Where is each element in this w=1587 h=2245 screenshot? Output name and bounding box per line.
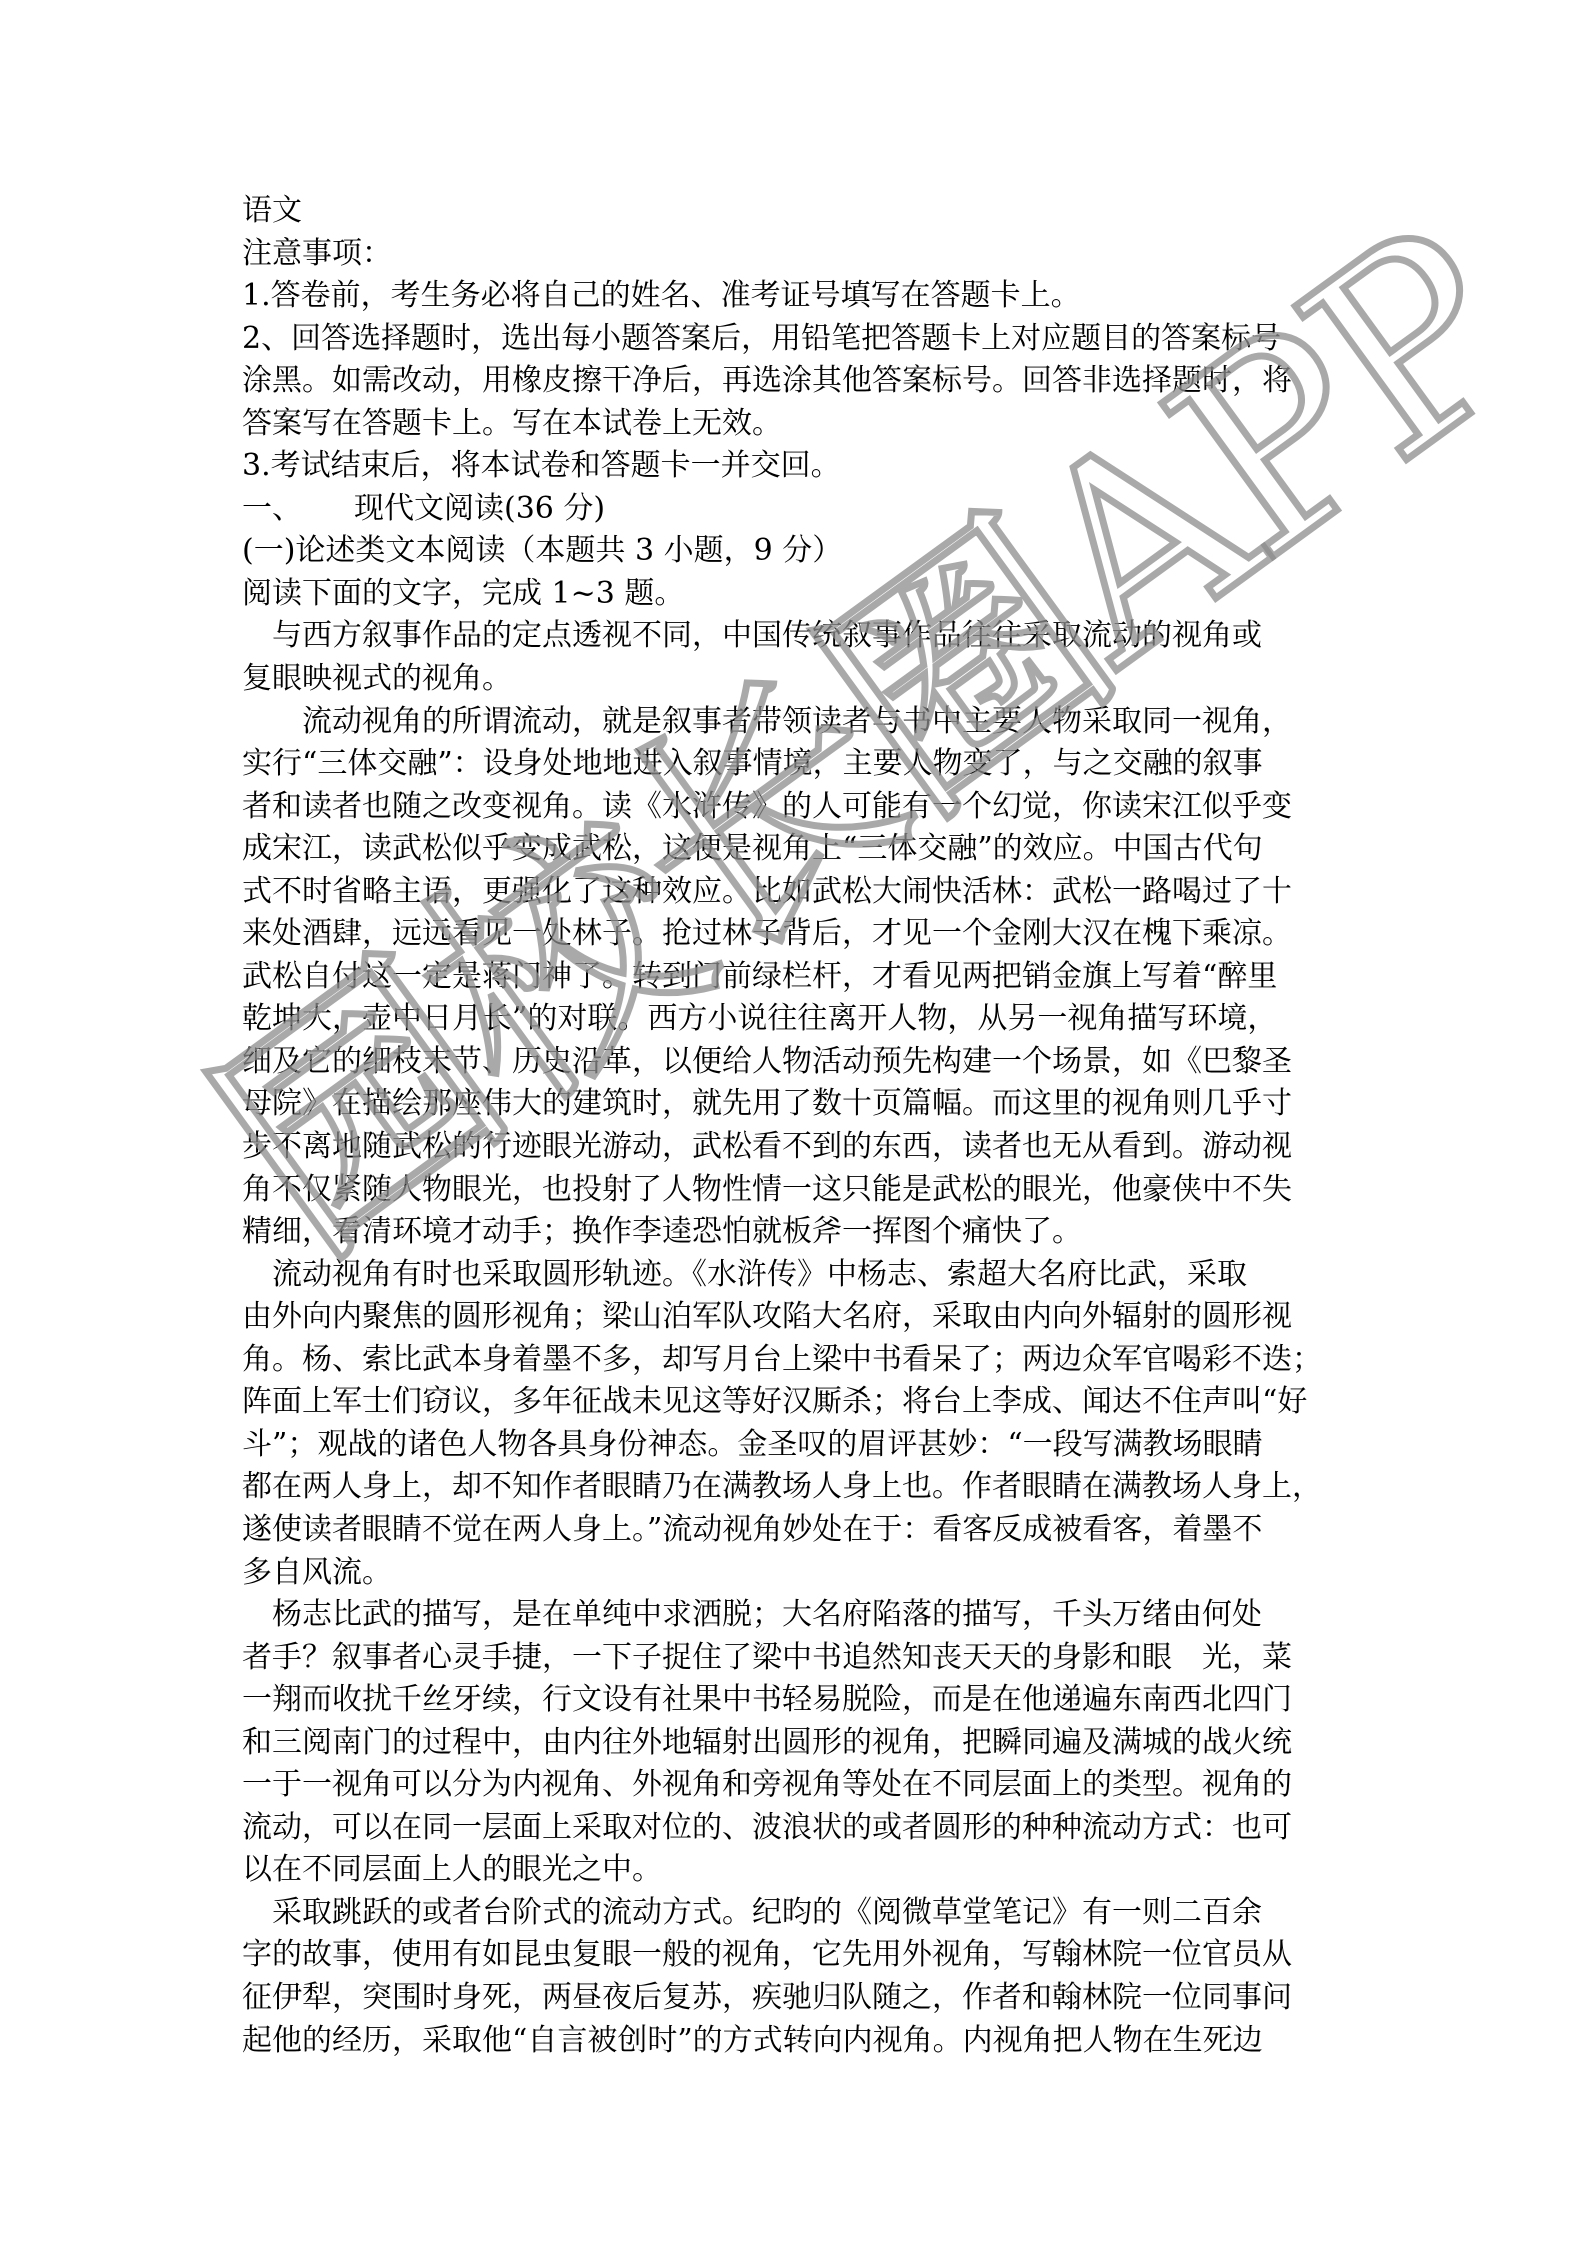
exam-page: 语文 注意事项： 1.答卷前，考生务必将自己的姓名、准考证号填写在答题卡上。 2… [242,190,1348,2062]
passage-line: 细及它的细枝末节、历史沿革，以便给人物活动预先构建一个场景，如《巴黎圣 [242,1041,1348,1084]
passage-line: 角不仅紧随人物眼光，也投射了人物性情一这只能是武松的眼光，他豪侠中不失 [242,1169,1348,1212]
notice-line-4: 答案写在答题卡上。写在本试卷上无效。 [242,403,1348,446]
subject-title: 语文 [242,190,1348,233]
notice-heading: 注意事项： [242,233,1348,276]
passage-line: 实行“三体交融”：设身处地地进入叙事情境，主要人物变了，与之交融的叙事 [242,743,1348,786]
passage-line: 与西方叙事作品的定点透视不同，中国传统叙事作品往往采取流动的视角或 [242,615,1348,658]
passage-line: 多自风流。 [242,1552,1348,1595]
passage-line: 式不时省略主语，更强化了这种效应。比如武松大闹快活林：武松一路喝过了十 [242,871,1348,914]
passage-line: 采取跳跃的或者台阶式的流动方式。纪昀的《阅微草堂笔记》有一则二百余 [242,1892,1348,1935]
passage-line: 流动，可以在同一层面上采取对位的、波浪状的或者圆形的种种流动方式：也可 [242,1807,1348,1850]
notice-line-1: 1.答卷前，考生务必将自己的姓名、准考证号填写在答题卡上。 [242,275,1348,318]
section-number: 一、 [242,491,302,526]
passage-line: 流动视角有时也采取圆形轨迹。《水浒传》中杨志、索超大名府比武，采取 [242,1254,1348,1297]
passage-line: 由外向内聚焦的圆形视角；梁山泊军队攻陷大名府，采取由内向外辐射的圆形视 [242,1296,1348,1339]
passage-line: 一于一视角可以分为内视角、外视角和旁视角等处在不同层面上的类型。视角的 [242,1764,1348,1807]
passage-line: 字的故事，使用有如昆虫复眼一般的视角，它先用外视角，写翰林院一位官员从 [242,1934,1348,1977]
passage-line: 者和读者也随之改变视角。读《水浒传》的人可能有一个幻觉，你读宋江似乎变 [242,786,1348,829]
passage-line: 遂使读者眼睛不觉在两人身上。”流动视角妙处在于：看客反成被看客，着墨不 [242,1509,1348,1552]
notice-line-3: 涂黑。如需改动，用橡皮擦干净后，再选涂其他答案标号。回答非选择题时，将 [242,360,1348,403]
passage-line: 和三阅南门的过程中，由内往外地辐射出圆形的视角，把瞬同遍及满城的战火统 [242,1722,1348,1765]
passage-line: 武松自付这一定是蒋门神了。转到门前绿栏杆，才看见两把销金旗上写着“醉里 [242,956,1348,999]
passage-line: 斗”；观战的诸色人物各具身份神态。金圣叹的眉评甚妙：“一段写满教场眼睛 [242,1424,1348,1467]
passage-line: 者手？叙事者心灵手捷，一下子捉住了梁中书追然知丧天天的身影和眼 光，菜 [242,1637,1348,1680]
passage-line: 精细，看清环境才动手；换作李逵恐怕就板斧一挥图个痛快了。 [242,1211,1348,1254]
passage-line: 复眼映视式的视角。 [242,658,1348,701]
passage-line: 以在不同层面上人的眼光之中。 [242,1849,1348,1892]
passage: 与西方叙事作品的定点透视不同，中国传统叙事作品往往采取流动的视角或复眼映视式的视… [242,615,1348,2062]
passage-line: 来处酒肆，远远看见一处林子。抢过林子背后，才见一个金刚大汉在槐下乘凉。 [242,913,1348,956]
passage-line: 杨志比武的描写，是在单纯中求洒脱；大名府陷落的描写，千头万绪由何处 [242,1594,1348,1637]
passage-line: 一翔而收扰千丝牙续，行文设有社果中书轻易脱险，而是在他递遍东南西北四门 [242,1679,1348,1722]
passage-line: 角。杨、索比武本身着墨不多，却写月台上梁中书看呆了；两边众军官喝彩不迭； [242,1339,1348,1382]
passage-line: 都在两人身上，却不知作者眼睛乃在满教场人身上也。作者眼睛在满教场人身上， [242,1466,1348,1509]
passage-line: 母院》在描绘那座伟大的建筑时，就先用了数十页篇幅。而这里的视角则几乎寸 [242,1083,1348,1126]
notice-line-2: 2、回答选择题时，选出每小题答案后，用铅笔把答题卡上对应题目的答案标号 [242,318,1348,361]
passage-line: 步不离地随武松的行迹眼光游动，武松看不到的东西，读者也无从看到。游动视 [242,1126,1348,1169]
passage-line: 成宋江，读武松似乎变成武松，这便是视角上“三体交融”的效应。中国古代句 [242,828,1348,871]
passage-line: 乾坤大，壶中日月长”的对联。西方小说往往离开人物，从另一视角描写环境， [242,998,1348,1041]
reading-instruction: 阅读下面的文字，完成 1~3 题。 [242,573,1348,616]
section-title: 现代文阅读(36 分) [354,491,605,526]
notice-line-5: 3.考试结束后，将本试卷和答题卡一并交回。 [242,445,1348,488]
passage-line: 征伊犁，突围时身死，两昼夜后复苏，疾驰归队随之，作者和翰林院一位同事问 [242,1977,1348,2020]
passage-line: 流动视角的所谓流动，就是叙事者带领读者与书中主要人物采取同一视角， [242,701,1348,744]
passage-line: 起他的经历，采取他“自言被创时”的方式转向内视角。内视角把人物在生死边 [242,2020,1348,2063]
subsection-heading: (一)论述类文本阅读（本题共 3 小题，9 分） [242,530,1348,573]
section-heading: 一、现代文阅读(36 分) [242,488,1348,531]
passage-line: 阵面上军士们窃议，多年征战未见这等好汉厮杀；将台上李成、闻达不住声叫“好 [242,1381,1348,1424]
